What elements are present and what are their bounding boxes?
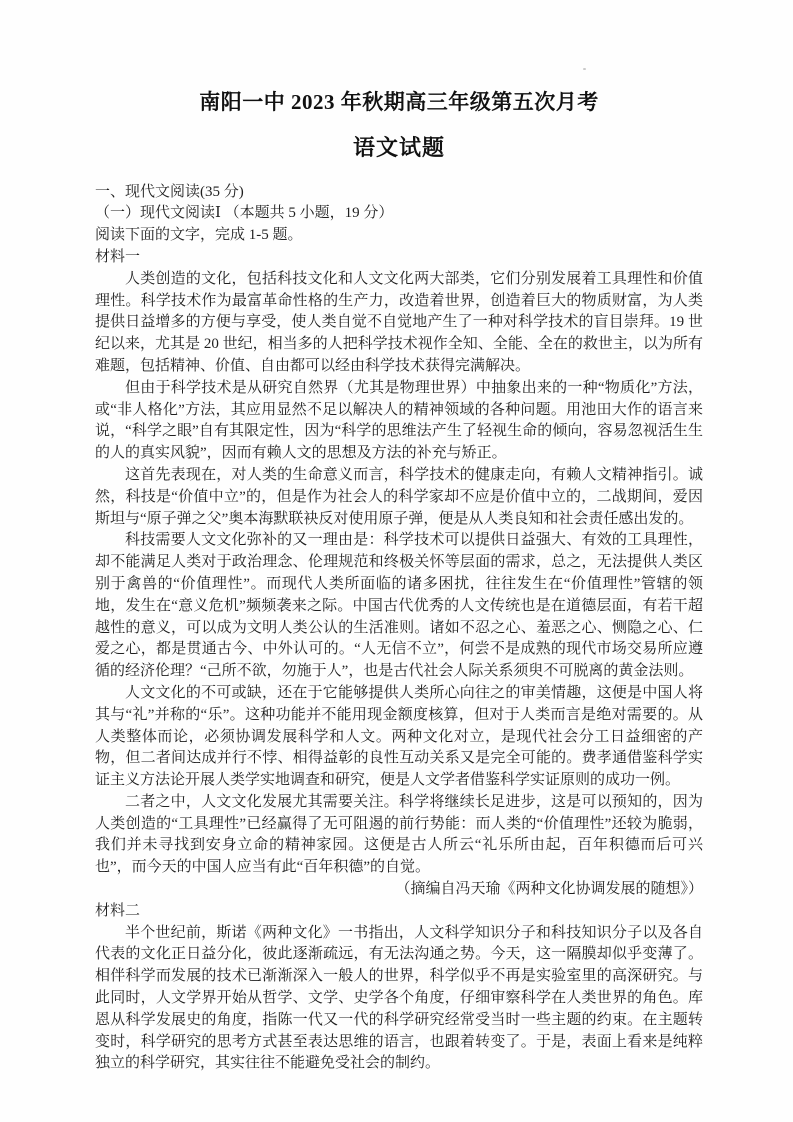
material-one-paragraph-2: 但由于科学技术是从研究自然界（尤其是物理世界）中抽象出来的一种“物质化”方法，或… bbox=[95, 378, 703, 465]
page-header: 南阳一中 2023 年秋期高三年级第五次月考 语文试题 bbox=[95, 90, 703, 162]
material-one-paragraph-1: 人类创造的文化，包括科技文化和人文文化两大部类，它们分别发展着工具理性和价值理性… bbox=[95, 269, 703, 378]
exam-page: 南阳一中 2023 年秋期高三年级第五次月考 语文试题 一、现代文阅读(35 分… bbox=[0, 0, 793, 1122]
exam-title: 南阳一中 2023 年秋期高三年级第五次月考 bbox=[95, 90, 703, 115]
material-one-paragraph-6: 二者之中，人文文化发展尤其需要关注。科学将继续长足进步，这是可以预知的，因为人类… bbox=[95, 792, 703, 879]
material-two-label: 材料二 bbox=[95, 901, 703, 923]
material-one-paragraph-4: 科技需要人文文化弥补的又一理由是：科学技术可以提供日益强大、有效的工具理性，却不… bbox=[95, 530, 703, 683]
subsection-heading: （一）现代文阅读Ⅰ （本题共 5 小题，19 分） bbox=[95, 203, 703, 225]
subject-title: 语文试题 bbox=[95, 135, 703, 161]
material-one-citation: （摘编自冯天瑜《两种文化协调发展的随想》） bbox=[95, 879, 703, 901]
material-one-paragraph-5: 人文文化的不可或缺，还在于它能够提供人类所心向往之的审美情趣，这便是中国人将其与… bbox=[95, 683, 703, 792]
exam-body: 一、现代文阅读(35 分) （一）现代文阅读Ⅰ （本题共 5 小题，19 分） … bbox=[95, 182, 703, 1076]
scan-artifact-dot bbox=[583, 68, 586, 70]
material-two-paragraph-1: 半个世纪前，斯诺《两种文化》一书指出，人文科学知识分子和科技知识分子以及各自代表… bbox=[95, 923, 703, 1076]
reading-instruction: 阅读下面的文字，完成 1-5 题。 bbox=[95, 225, 703, 247]
material-one-label: 材料一 bbox=[95, 247, 703, 269]
section-heading: 一、现代文阅读(35 分) bbox=[95, 182, 703, 204]
material-one-paragraph-3: 这首先表现在，对人类的生命意义而言，科学技术的健康走向，有赖人文精神指引。诚然，… bbox=[95, 465, 703, 530]
